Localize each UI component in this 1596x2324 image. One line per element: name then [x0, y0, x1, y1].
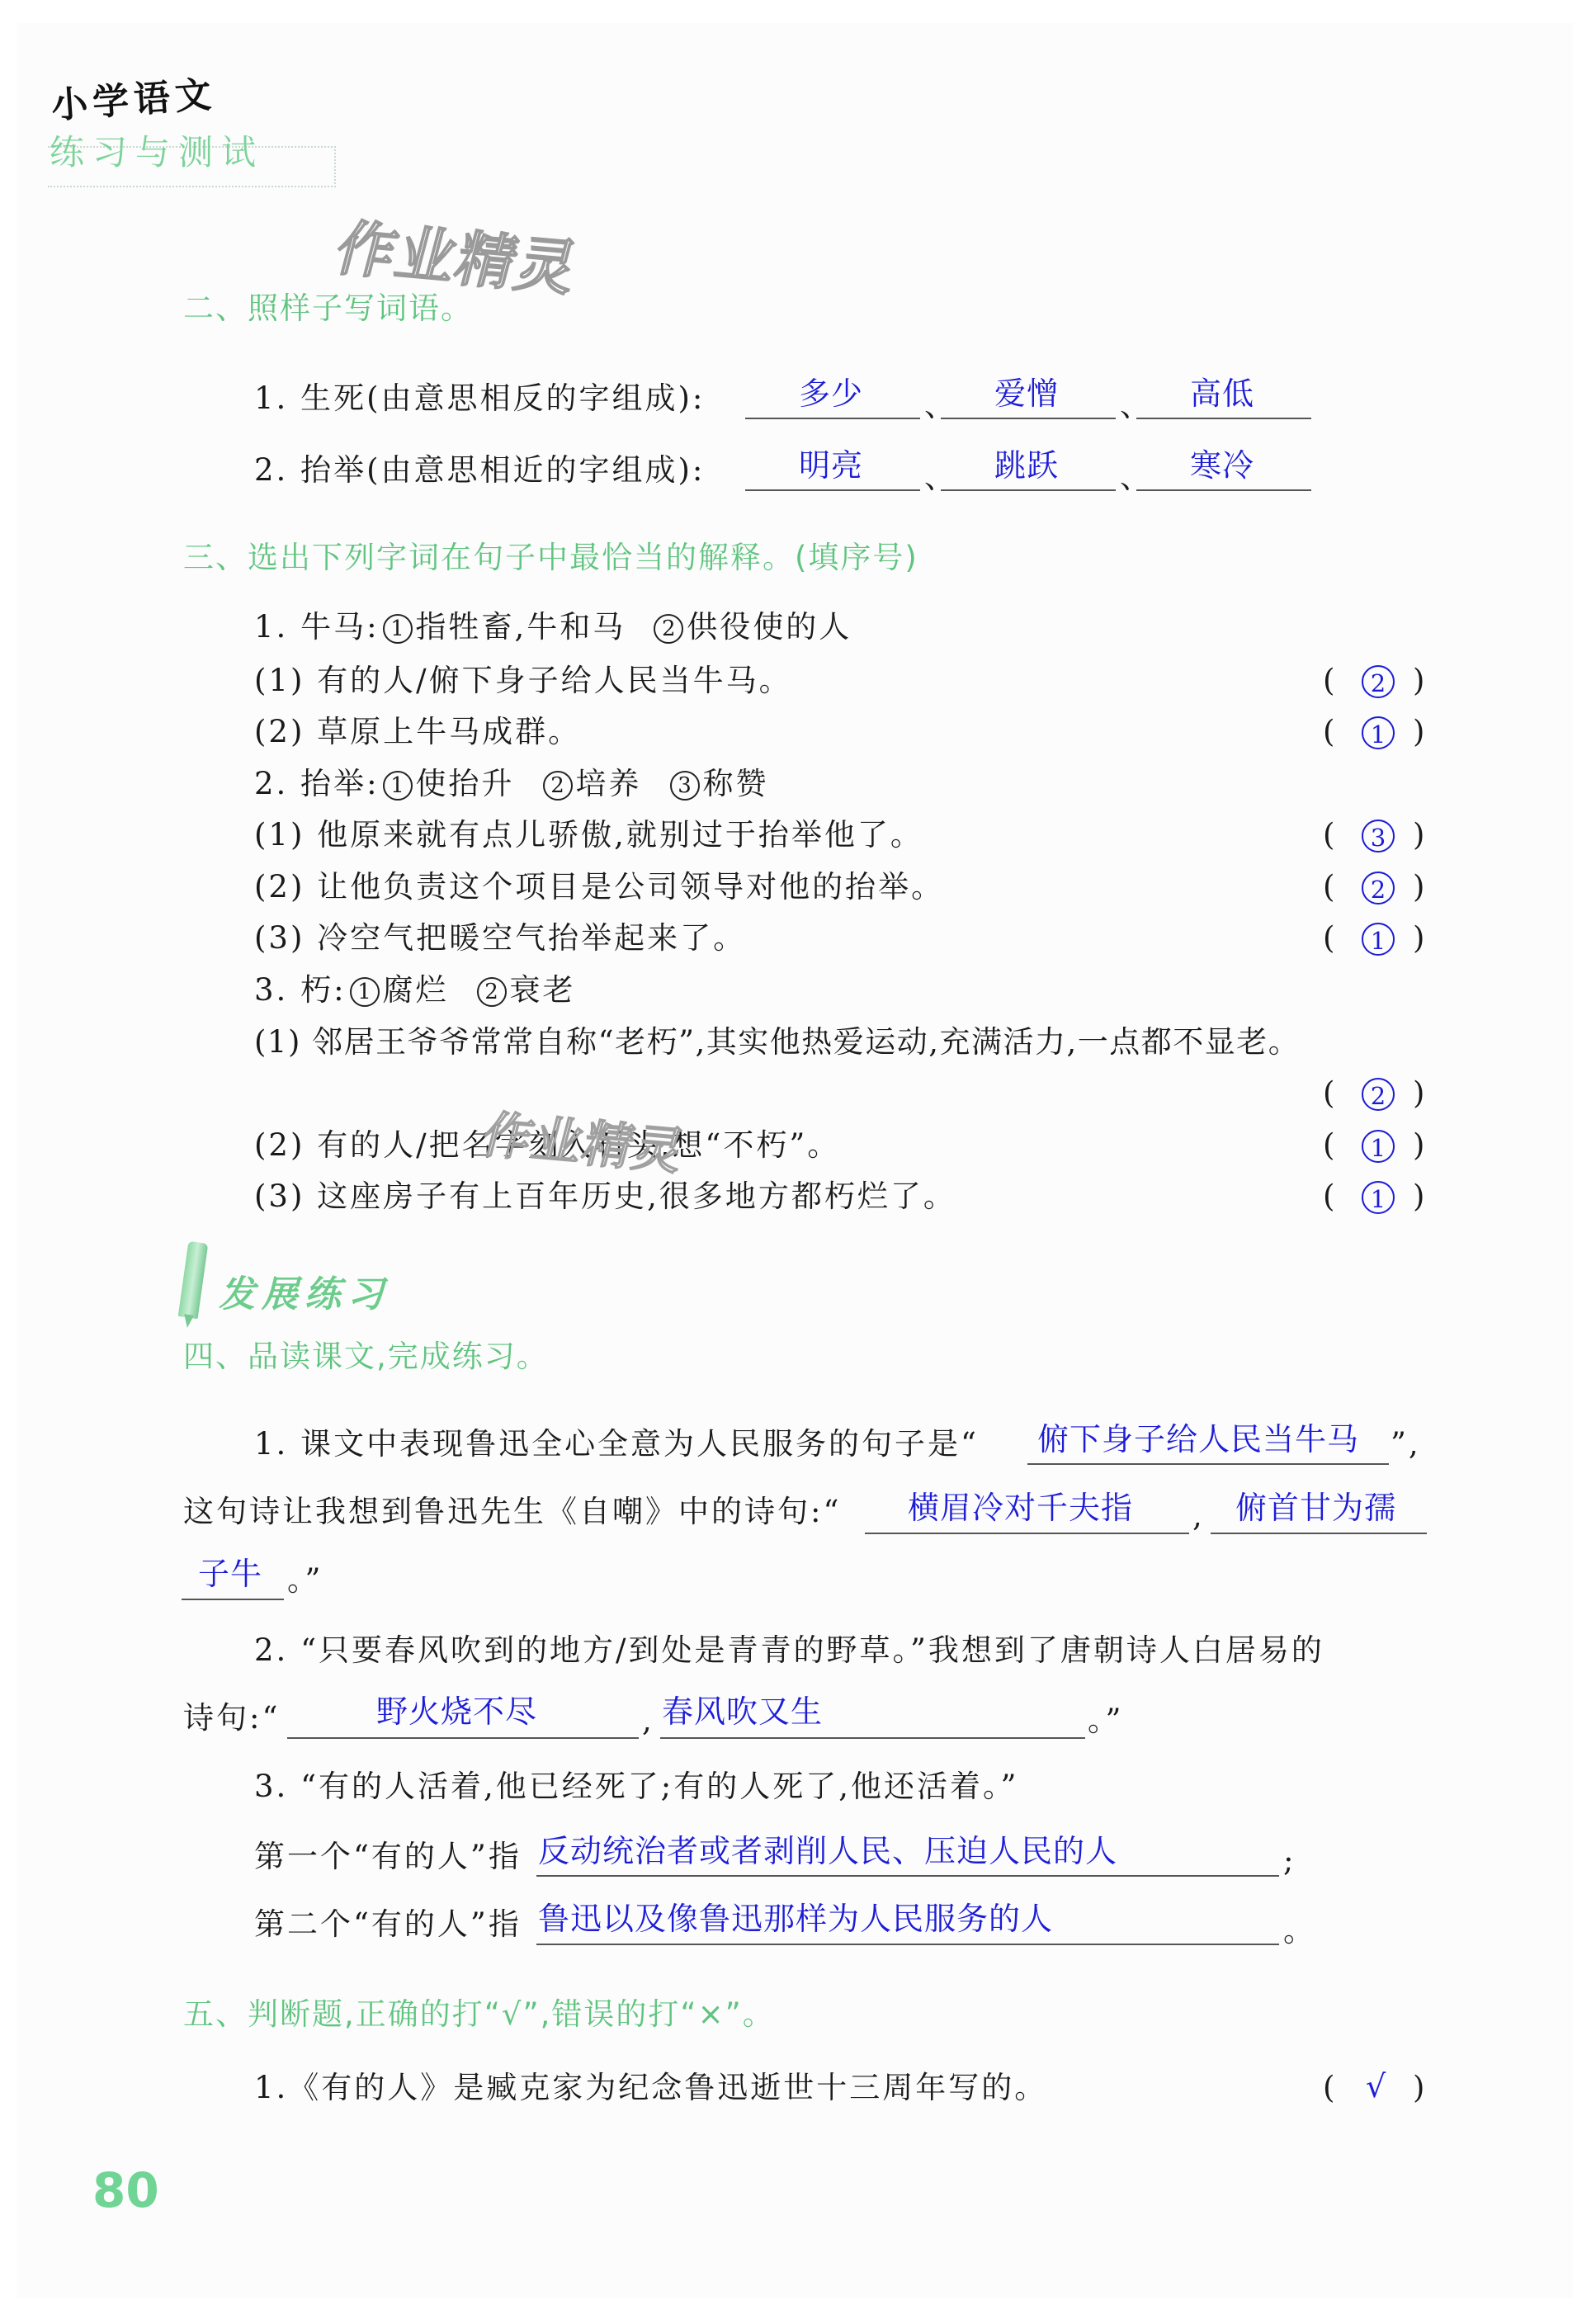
paren-open: ( — [1323, 869, 1334, 905]
paren-close: ) — [1413, 920, 1424, 956]
s2-item1-answer1: 多少 — [799, 368, 863, 413]
s4-q2-comma: , — [642, 1703, 654, 1739]
s3-g3-answer3[interactable]: 1 — [1362, 1181, 1395, 1214]
s4-q2-answer2: 春风吹又生 — [662, 1686, 823, 1731]
s4-q1-line1-suffix: ”, — [1391, 1426, 1421, 1462]
paren-close: ) — [1413, 1179, 1424, 1214]
s4-q3-first-answer: 反动统治者或者剥削人民、压迫人民的人 — [538, 1826, 1117, 1871]
s4-q3-second-prefix: 第二个“有的人”指 — [254, 1906, 522, 1943]
s2-item2-answer1: 明亮 — [799, 440, 863, 485]
option-number: 2 — [477, 977, 507, 1007]
paren-open: ( — [1323, 1127, 1334, 1163]
s2-item2-answer2: 跳跃 — [994, 440, 1059, 485]
s4-q3-blank1[interactable] — [536, 1875, 1279, 1877]
s3-g2-sentence2: (2) 让他负责这个项目是公司领导对他的抬举。 — [254, 869, 944, 905]
s4-q3-second-suffix: 。 — [1283, 1913, 1316, 1949]
s3-g3-sentence1: (1) 邻居王爷爷常常自称“老朽”,其实他热爱运动,充满活力,一点都不显老。 — [254, 1024, 1300, 1060]
option-text: 腐烂 — [383, 972, 449, 1008]
paren-open: ( — [1323, 817, 1334, 853]
s3-g2-sentence3: (3) 冷空气把暖空气抬举起来了。 — [254, 920, 746, 957]
option-text: 衰老 — [510, 972, 576, 1008]
paren-close: ) — [1413, 1075, 1424, 1111]
s3-group1-word: 1. 牛马: — [254, 609, 380, 645]
s3-g2-answer1[interactable]: 3 — [1362, 820, 1395, 853]
s4-q2-line2-prefix: 诗句:“ — [183, 1700, 280, 1736]
development-practice-banner: 发展练习 — [219, 1264, 390, 1317]
page-number: 80 — [92, 2162, 159, 2218]
s4-q3-first-suffix: ; — [1283, 1843, 1296, 1879]
s4-q1-line3-suffix: 。” — [287, 1562, 323, 1599]
s4-q3-second-answer: 鲁迅以及像鲁迅那样为人民服务的人 — [538, 1893, 1053, 1939]
section3-heading: 三、选出下列字词在句子中最恰当的解释。(填序号) — [183, 532, 918, 577]
s2-item2-answer3: 寒冷 — [1190, 440, 1254, 485]
s4-q1-blank3[interactable] — [1211, 1533, 1427, 1534]
option-number: 1 — [383, 771, 413, 801]
s2-item1-prompt: 1. 生死(由意思相反的字组成): — [254, 380, 705, 417]
option-number: 2 — [654, 614, 683, 644]
s4-q2-answer1: 野火烧不尽 — [376, 1686, 537, 1731]
s4-q1-answer3b: 子牛 — [198, 1548, 262, 1594]
paren-open: ( — [1323, 714, 1334, 749]
option-text: 称赞 — [703, 766, 769, 801]
s4-q2-line1: 2. “只要春风吹到的地方/到处是青青的野草。”我想到了唐朝诗人白居易的 — [254, 1632, 1324, 1669]
s4-q1-blank2[interactable] — [865, 1533, 1189, 1534]
s2-item2-blank2[interactable] — [941, 489, 1116, 491]
s3-group1-definition: 1. 牛马:1指牲畜,牛和马2供役使的人 — [254, 609, 852, 645]
option-number: 3 — [670, 771, 700, 801]
s3-g2-answer3[interactable]: 1 — [1362, 923, 1395, 956]
s4-q1-blank3-cont[interactable] — [182, 1599, 284, 1600]
s4-q1-answer3a: 俯首甘为孺 — [1235, 1482, 1396, 1528]
s4-q3-first-prefix: 第一个“有的人”指 — [254, 1839, 522, 1875]
s3-g1-answer1[interactable]: 2 — [1362, 665, 1395, 698]
s3-g1-answer2[interactable]: 1 — [1362, 716, 1395, 749]
s2-item2-blank1[interactable] — [745, 489, 920, 491]
s4-q2-blank1[interactable] — [287, 1737, 639, 1739]
paren-open: ( — [1323, 663, 1334, 698]
section5-heading: 五、判断题,正确的打“√”,错误的打“×”。 — [183, 1989, 775, 2033]
paren-open: ( — [1323, 2070, 1334, 2105]
pencil-tip-icon — [182, 1314, 194, 1329]
s4-q3-blank2[interactable] — [536, 1944, 1279, 1945]
s3-g3-answer2[interactable]: 1 — [1362, 1130, 1395, 1163]
s3-group2-word: 2. 抬举: — [254, 766, 380, 801]
s5-item1-text: 1.《有的人》是臧克家为纪念鲁迅逝世十三周年写的。 — [254, 2070, 1047, 2106]
section4-heading: 四、品读课文,完成练习。 — [183, 1331, 549, 1376]
s3-g2-answer2[interactable]: 2 — [1362, 871, 1395, 905]
s2-item2-prompt: 2. 抬举(由意思相近的字组成): — [254, 452, 705, 489]
s4-q2-blank2[interactable] — [660, 1737, 1085, 1739]
paren-open: ( — [1323, 920, 1334, 956]
s3-g2-sentence1: (1) 他原来就有点儿骄傲,就别过于抬举他了。 — [254, 817, 923, 853]
option-number: 2 — [543, 771, 573, 801]
s4-q3-line1: 3. “有的人活着,他已经死了;有的人死了,他还活着。” — [254, 1769, 1018, 1805]
s4-q1-comma: , — [1192, 1498, 1205, 1534]
s5-item1-answer-check[interactable]: √ — [1366, 2068, 1386, 2104]
option-text: 培养 — [576, 766, 642, 801]
option-text: 供役使的人 — [687, 609, 852, 645]
paren-close: ) — [1413, 2070, 1424, 2105]
s4-q1-line1-prefix: 1. 课文中表现鲁迅全心全意为人民服务的句子是“ — [254, 1426, 979, 1462]
s2-item2-blank3[interactable] — [1136, 489, 1311, 491]
option-text: 使抬升 — [416, 766, 515, 801]
section2-heading: 二、照样子写词语。 — [183, 283, 473, 328]
option-number: 1 — [383, 614, 413, 644]
series-title: 练习与测试 — [50, 125, 264, 175]
paren-close: ) — [1413, 817, 1424, 853]
paren-close: ) — [1413, 1127, 1424, 1163]
s2-item1-blank2[interactable] — [941, 418, 1116, 419]
paren-close: ) — [1413, 663, 1424, 698]
s2-item1-answer2: 爱憎 — [994, 368, 1059, 413]
s4-q1-answer1: 俯下身子给人民当牛马 — [1037, 1414, 1359, 1459]
paren-close: ) — [1413, 714, 1424, 749]
s3-g1-sentence2: (2) 草原上牛马成群。 — [254, 714, 581, 750]
s2-item1-answer3: 高低 — [1190, 368, 1254, 413]
s3-group2-definition: 2. 抬举:1使抬升2培养3称赞 — [254, 766, 769, 802]
option-text: 指牲畜,牛和马 — [416, 609, 626, 645]
s4-q2-line2-suffix: 。” — [1088, 1703, 1123, 1739]
s3-group3-word: 3. 朽: — [254, 972, 347, 1008]
s3-g1-sentence1: (1) 有的人/俯下身子给人民当牛马。 — [254, 663, 792, 699]
s4-q1-blank1[interactable] — [1027, 1463, 1389, 1465]
s3-g3-answer1[interactable]: 2 — [1362, 1078, 1395, 1111]
paren-open: ( — [1323, 1075, 1334, 1111]
option-number: 1 — [350, 977, 380, 1007]
s3-group3-definition: 3. 朽:1腐烂2衰老 — [254, 972, 576, 1008]
s2-item1-blank1[interactable] — [745, 418, 920, 419]
s4-q1-line2-prefix: 这句诗让我想到鲁迅先生《自嘲》中的诗句:“ — [183, 1494, 841, 1530]
paren-open: ( — [1323, 1179, 1334, 1214]
paren-close: ) — [1413, 869, 1424, 905]
s4-q1-answer2: 横眉冷对千夫指 — [908, 1482, 1133, 1528]
s3-g3-sentence3: (3) 这座房子有上百年历史,很多地方都朽烂了。 — [254, 1179, 956, 1215]
s2-item1-blank3[interactable] — [1136, 418, 1311, 419]
